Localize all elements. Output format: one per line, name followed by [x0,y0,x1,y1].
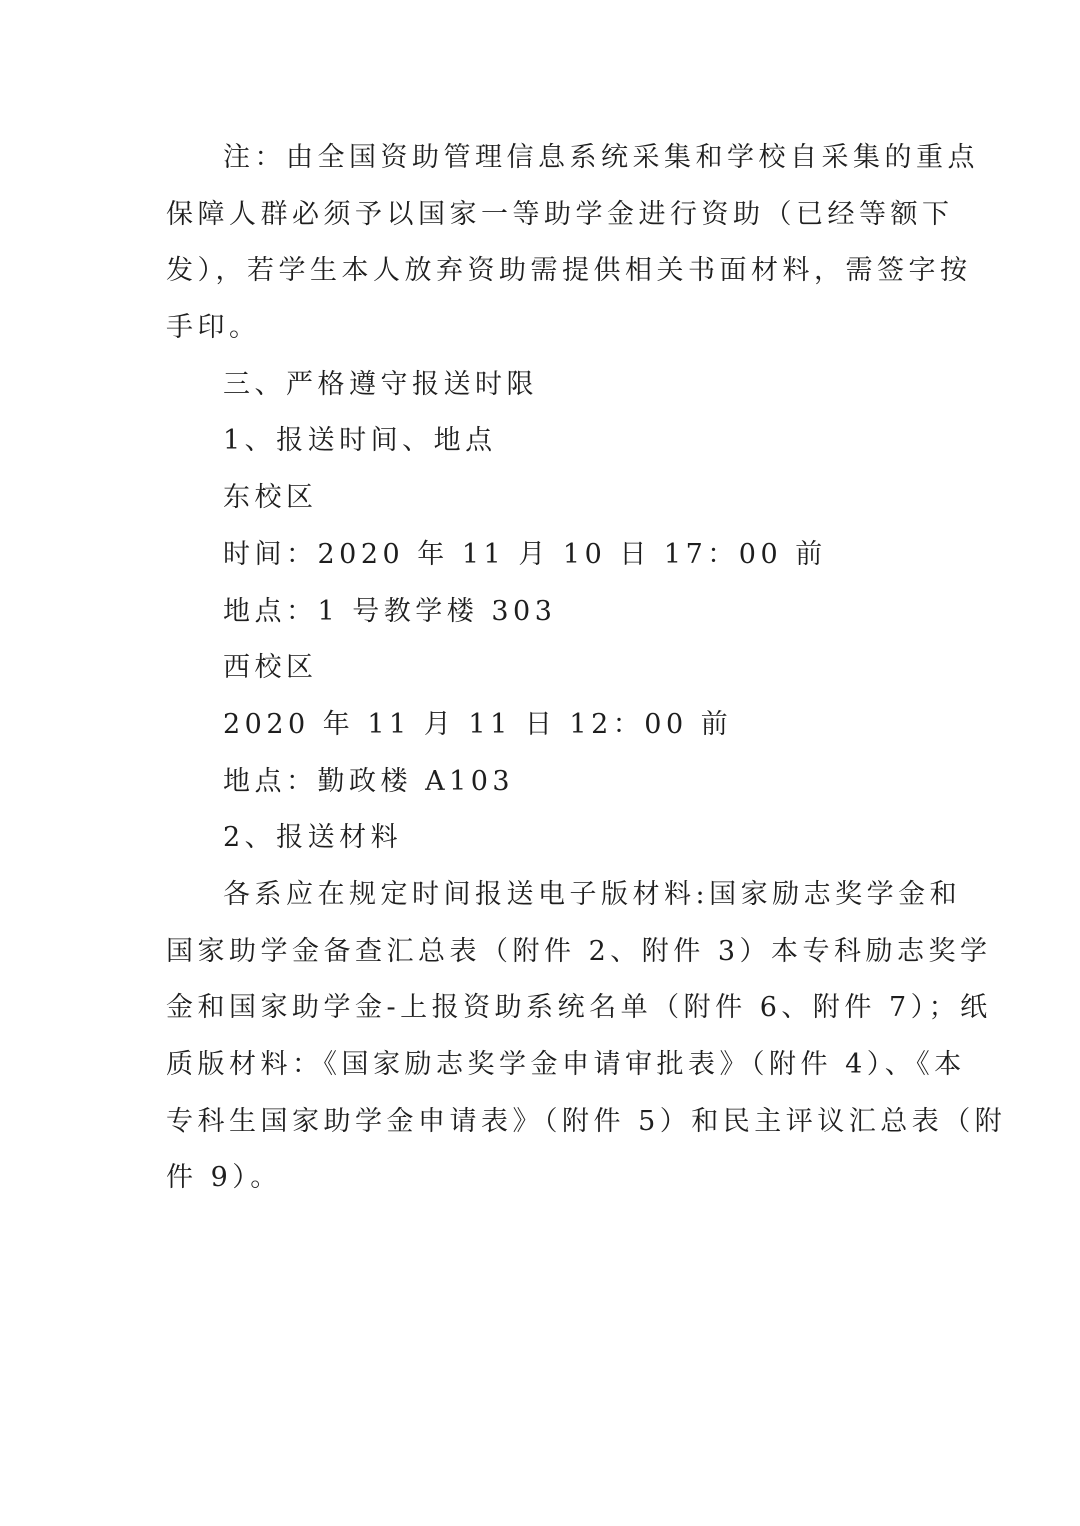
section-heading: 三、严格遵守报送时限 [166,357,918,414]
note-line: 手印。 [166,300,918,357]
west-campus-location: 地点：勤政楼 A103 [166,754,918,811]
materials-line: 件 9）。 [166,1150,918,1207]
west-campus-label: 西校区 [166,640,918,697]
materials-line: 专科生国家助学金申请表》（附件 5）和民主评议汇总表（附 [166,1094,918,1151]
west-campus-time: 2020 年 11 月 11 日 12：00 前 [166,697,918,754]
note-line: 注：由全国资助管理信息系统采集和学校自采集的重点 [166,130,918,187]
materials-line: 质版材料：《国家励志奖学金申请审批表》（附件 4）、《本 [166,1037,918,1094]
east-campus-label: 东校区 [166,470,918,527]
note-line: 保障人群必须予以国家一等助学金进行资助（已经等额下 [166,187,918,244]
materials-line: 国家助学金备查汇总表（附件 2、附件 3）本专科励志奖学 [166,924,918,981]
note-paragraph: 注：由全国资助管理信息系统采集和学校自采集的重点 保障人群必须予以国家一等助学金… [166,130,918,357]
east-campus-time: 时间：2020 年 11 月 10 日 17：00 前 [166,527,918,584]
subsection-heading: 1、报送时间、地点 [166,413,918,470]
materials-line: 各系应在规定时间报送电子版材料:国家励志奖学金和 [166,867,918,924]
east-campus-location: 地点：1 号教学楼 303 [166,584,918,641]
materials-line: 金和国家助学金-上报资助系统名单（附件 6、附件 7）；纸 [166,980,918,1037]
materials-paragraph: 各系应在规定时间报送电子版材料:国家励志奖学金和 国家助学金备查汇总表（附件 2… [166,867,918,1207]
note-line: 发），若学生本人放弃资助需提供相关书面材料，需签字按 [166,243,918,300]
document-page: 注：由全国资助管理信息系统采集和学校自采集的重点 保障人群必须予以国家一等助学金… [166,130,918,1207]
subsection-heading: 2、报送材料 [166,810,918,867]
